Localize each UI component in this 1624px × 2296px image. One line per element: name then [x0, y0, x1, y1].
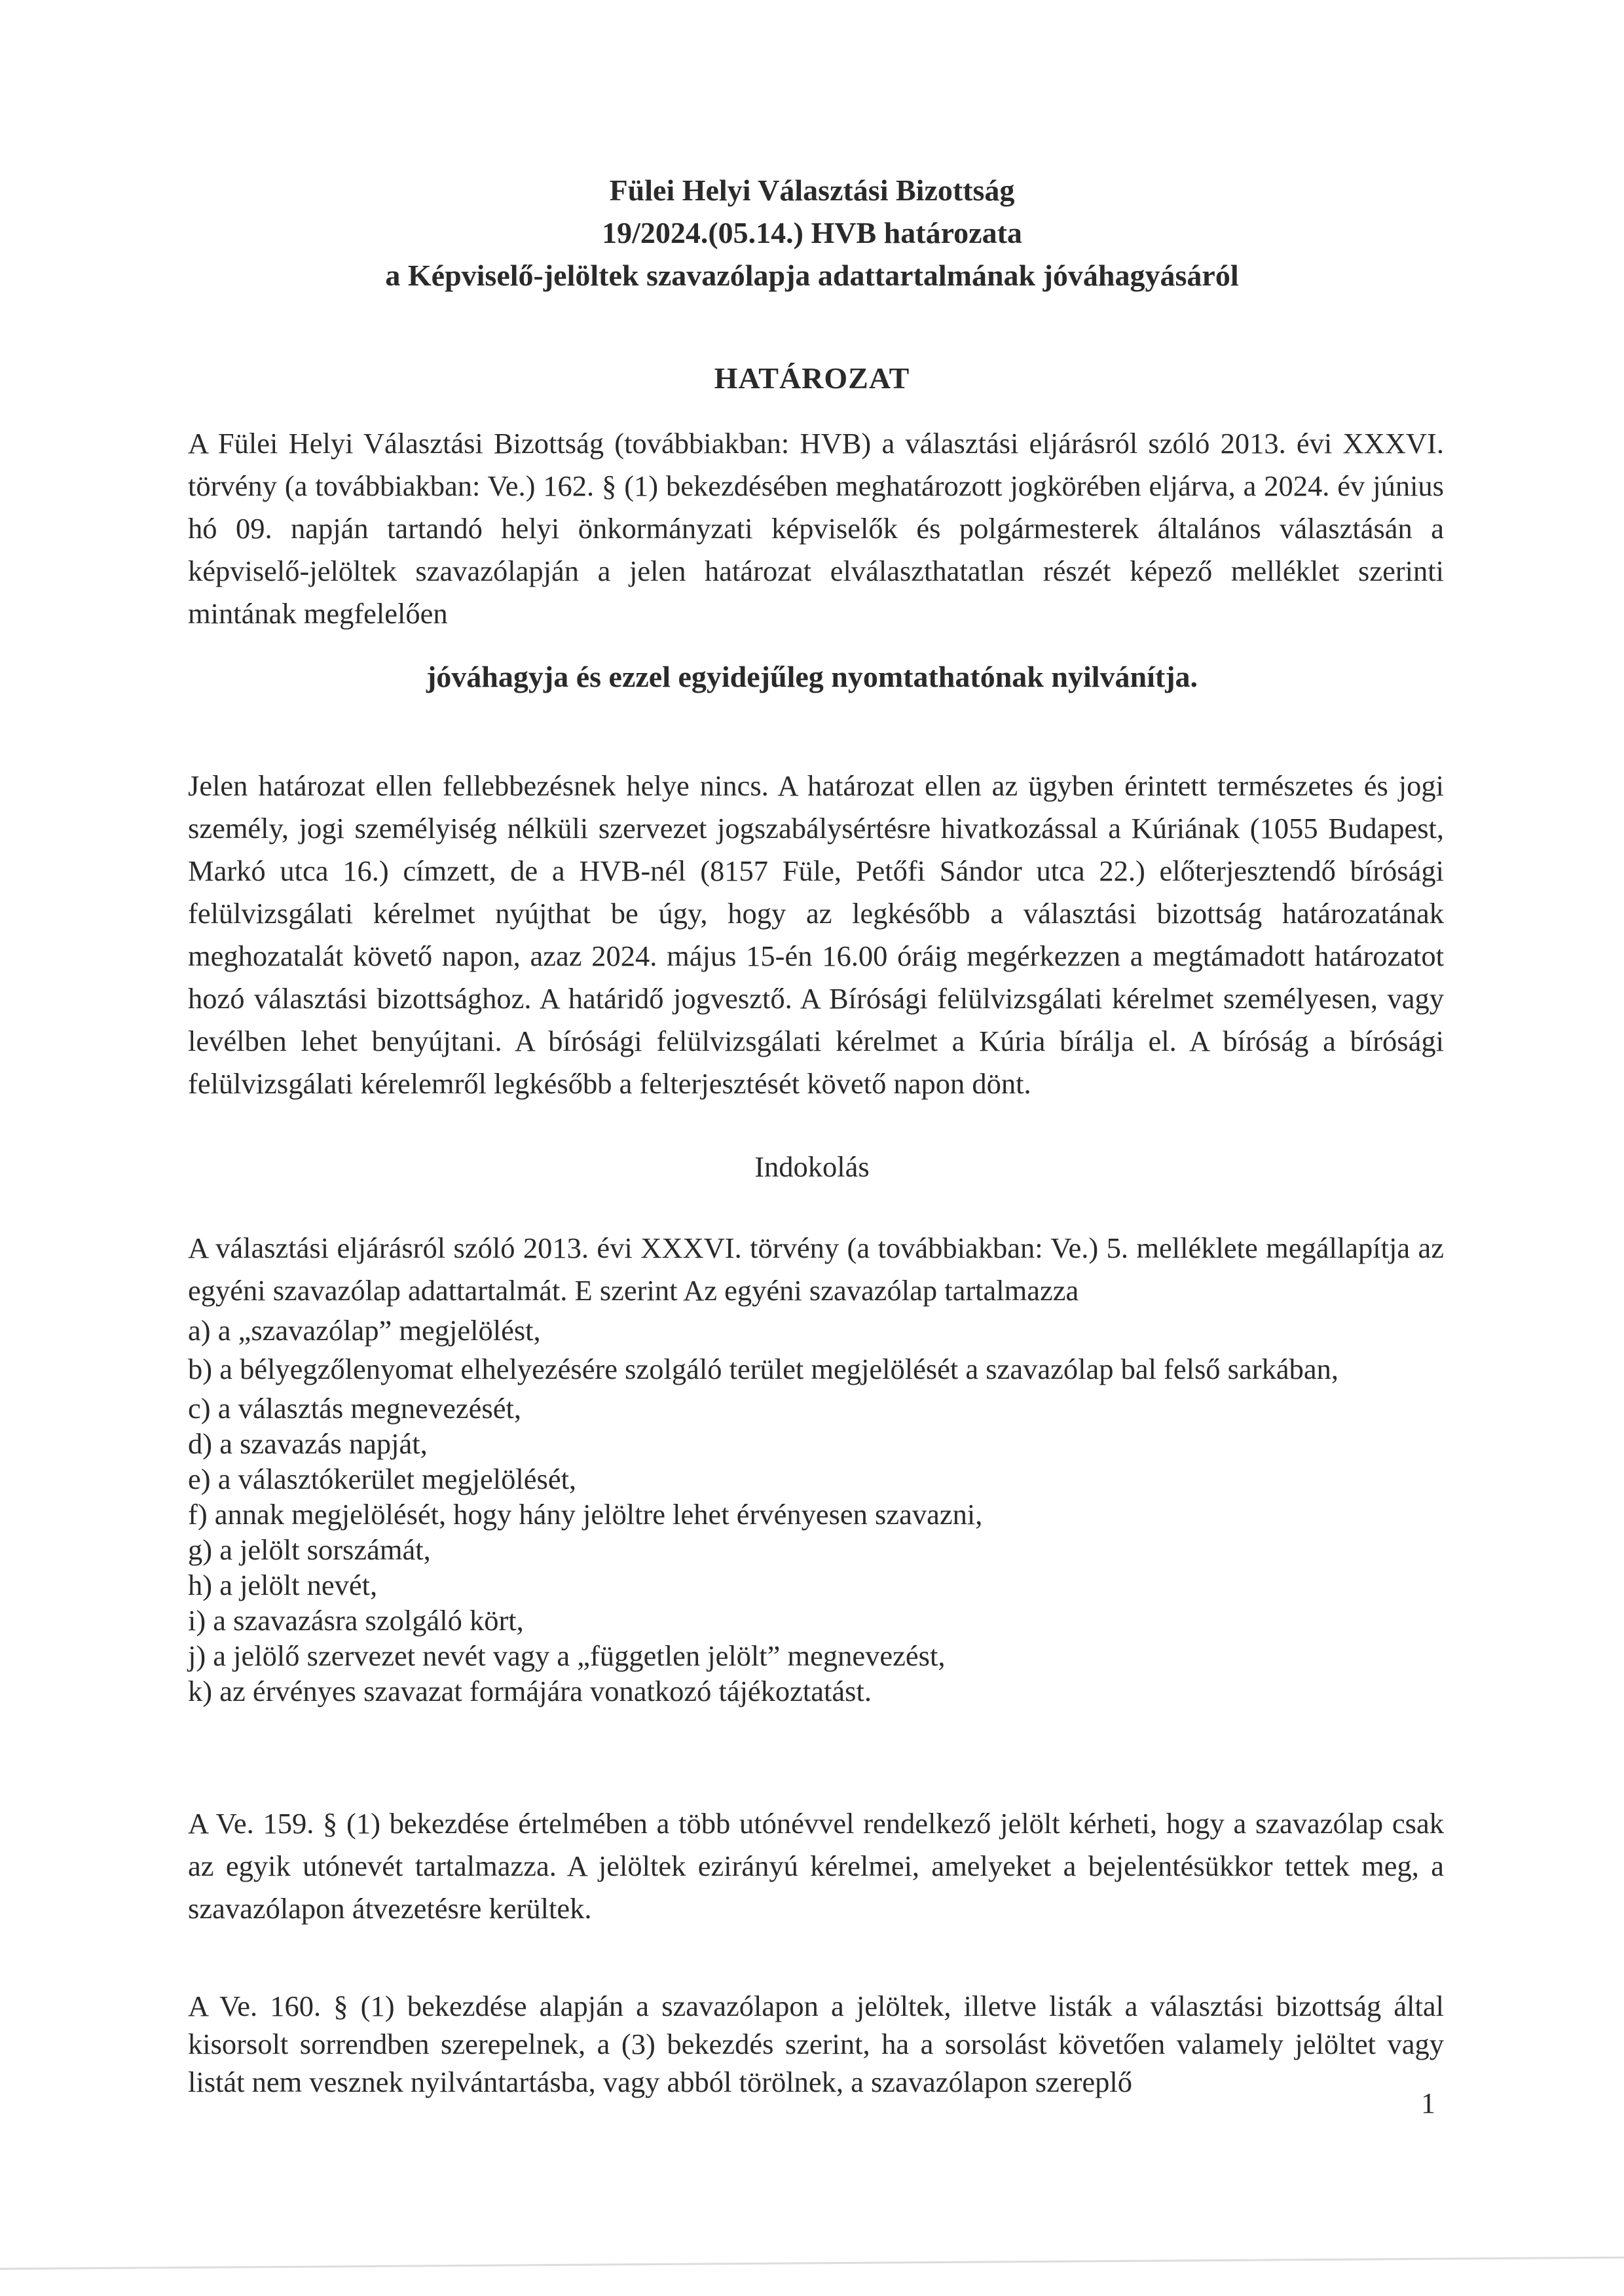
reasoning-intro: A választási eljárásról szóló 2013. évi …	[188, 1227, 1444, 1312]
operative-statement: jóváhagyja és ezzel egyidejűleg nyomtath…	[0, 657, 1624, 697]
document-header: Fülei Helyi Választási Bizottság 19/2024…	[0, 169, 1624, 297]
scan-edge-line	[0, 2257, 1624, 2270]
ballot-content-list: a) a „szavazólap” megjelölést, b) a bély…	[188, 1313, 1444, 1709]
page-number: 1	[1421, 2087, 1435, 2120]
list-item: c) a választás megnevezését,	[188, 1391, 1444, 1426]
list-item: b) a bélyegzőlenyomat elhelyezésére szol…	[188, 1348, 1444, 1391]
list-item: e) a választókerület megjelölését,	[188, 1461, 1444, 1497]
list-item: i) a szavazásra szolgáló kört,	[188, 1603, 1444, 1638]
list-item: g) a jelölt sorszámát,	[188, 1532, 1444, 1567]
remedy-paragraph: Jelen határozat ellen fellebbezésnek hel…	[188, 765, 1444, 1105]
list-item: k) az érvényes szavazat formájára vonatk…	[188, 1673, 1444, 1709]
resolution-number: 19/2024.(05.14.) HVB határozata	[0, 211, 1624, 254]
reasoning-heading: Indokolás	[0, 1147, 1624, 1186]
list-item: h) a jelölt nevét,	[188, 1567, 1444, 1603]
paragraph-ve-160: A Ve. 160. § (1) bekezdése alapján a sza…	[188, 1987, 1444, 2101]
paragraph-ve-159: A Ve. 159. § (1) bekezdése értelmében a …	[188, 1802, 1444, 1930]
list-item: j) a jelölő szervezet nevét vagy a „függ…	[188, 1638, 1444, 1673]
resolution-subject: a Képviselő-jelöltek szavazólapja adatta…	[0, 254, 1624, 297]
decision-paragraph: A Fülei Helyi Választási Bizottság (tová…	[188, 422, 1444, 635]
list-item: f) annak megjelölését, hogy hány jelöltr…	[188, 1497, 1444, 1532]
document-page: Fülei Helyi Választási Bizottság 19/2024…	[0, 0, 1624, 2296]
list-item: a) a „szavazólap” megjelölést,	[188, 1313, 1444, 1348]
committee-name: Fülei Helyi Választási Bizottság	[0, 169, 1624, 211]
list-item: d) a szavazás napját,	[188, 1426, 1444, 1461]
decision-title: HATÁROZAT	[0, 359, 1624, 398]
